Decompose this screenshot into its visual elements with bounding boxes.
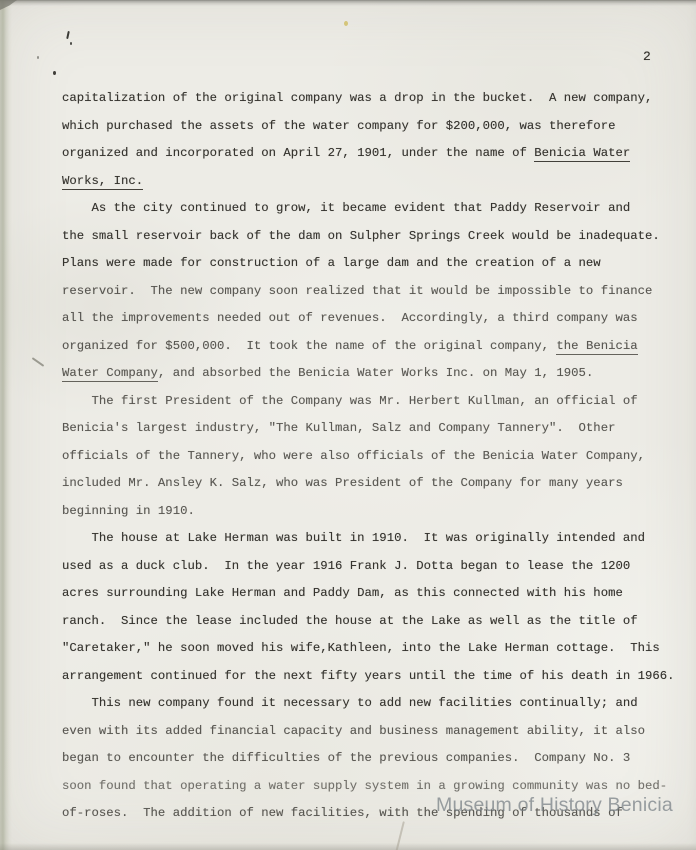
ink-speck — [53, 71, 56, 75]
underlined-text: Benicia Water — [534, 146, 630, 162]
text-line: began to encounter the difficulties of t… — [62, 745, 696, 773]
text-line: beginning in 1910. — [62, 498, 696, 526]
text-segment: The first President of the Company was M… — [62, 394, 638, 408]
text-line: reservoir. The new company soon realized… — [62, 278, 696, 306]
text-line: The first President of the Company was M… — [62, 388, 696, 416]
text-line: included Mr. Ansley K. Salz, who was Pre… — [62, 470, 696, 498]
text-line: acres surrounding Lake Herman and Paddy … — [62, 580, 696, 608]
text-segment: This new company found it necessary to a… — [62, 696, 638, 710]
text-segment: soon found that operating a water supply… — [62, 779, 667, 793]
text-segment: Plans were made for construction of a la… — [62, 256, 601, 270]
text-line: even with its added financial capacity a… — [62, 718, 696, 746]
page-top-edge — [0, 0, 696, 6]
text-block: capitalization of the original company w… — [62, 85, 696, 828]
text-segment: ranch. Since the lease included the hous… — [62, 614, 638, 628]
text-segment: reservoir. The new company soon realized… — [62, 284, 652, 298]
text-line: ranch. Since the lease included the hous… — [62, 608, 696, 636]
text-line: capitalization of the original company w… — [62, 85, 696, 113]
text-segment: began to encounter the difficulties of t… — [62, 751, 630, 765]
text-segment: acres surrounding Lake Herman and Paddy … — [62, 586, 623, 600]
paper-stain — [344, 21, 348, 26]
text-segment: beginning in 1910. — [62, 504, 195, 518]
underlined-text: Water Company — [62, 366, 158, 382]
text-segment: organized for $500,000. It took the name… — [62, 339, 556, 353]
text-line: Plans were made for construction of a la… — [62, 250, 696, 278]
text-segment: Benicia's largest industry, "The Kullman… — [62, 421, 615, 435]
text-line: organized and incorporated on April 27, … — [62, 140, 696, 168]
text-segment: arrangement continued for the next fifty… — [62, 669, 675, 683]
text-segment: officials of the Tannery, who were also … — [62, 449, 645, 463]
text-segment: used as a duck club. In the year 1916 Fr… — [62, 559, 630, 573]
text-line: Water Company, and absorbed the Benicia … — [62, 360, 696, 388]
text-segment: , and absorbed the Benicia Water Works I… — [158, 366, 593, 380]
text-segment: even with its added financial capacity a… — [62, 724, 645, 738]
watermark: Museum of History Benicia — [436, 794, 673, 817]
text-segment: the small reservoir back of the dam on S… — [62, 229, 660, 243]
ink-speck — [66, 31, 70, 39]
text-line: As the city continued to grow, it became… — [62, 195, 696, 223]
text-segment: organized and incorporated on April 27, … — [62, 146, 534, 160]
text-line: the small reservoir back of the dam on S… — [62, 223, 696, 251]
page-left-edge — [0, 0, 12, 850]
underlined-text: Works, Inc. — [62, 174, 143, 190]
text-segment: capitalization of the original company w… — [62, 91, 652, 105]
text-segment: "Caretaker," he soon moved his wife,Kath… — [62, 641, 660, 655]
text-line: This new company found it necessary to a… — [62, 690, 696, 718]
page-bottom-edge — [0, 843, 696, 850]
text-line: The house at Lake Herman was built in 19… — [62, 525, 696, 553]
text-segment: which purchased the assets of the water … — [62, 119, 615, 133]
page-number: 2 — [643, 49, 651, 64]
text-line: Benicia's largest industry, "The Kullman… — [62, 415, 696, 443]
ink-speck — [70, 42, 72, 45]
text-line: officials of the Tannery, who were also … — [62, 443, 696, 471]
pencil-mark — [32, 357, 45, 367]
text-line: which purchased the assets of the water … — [62, 113, 696, 141]
underlined-text: the Benicia — [556, 339, 637, 355]
scanned-page: 2 capitalization of the original company… — [0, 0, 696, 850]
text-line: Works, Inc. — [62, 168, 696, 196]
text-segment: included Mr. Ansley K. Salz, who was Pre… — [62, 476, 623, 490]
ink-speck — [37, 56, 39, 59]
text-segment: The house at Lake Herman was built in 19… — [62, 531, 645, 545]
text-segment: As the city continued to grow, it became… — [62, 201, 630, 215]
text-line: "Caretaker," he soon moved his wife,Kath… — [62, 635, 696, 663]
text-line: arrangement continued for the next fifty… — [62, 663, 696, 691]
text-line: organized for $500,000. It took the name… — [62, 333, 696, 361]
text-segment: all the improvements needed out of reven… — [62, 311, 638, 325]
text-line: used as a duck club. In the year 1916 Fr… — [62, 553, 696, 581]
text-line: all the improvements needed out of reven… — [62, 305, 696, 333]
